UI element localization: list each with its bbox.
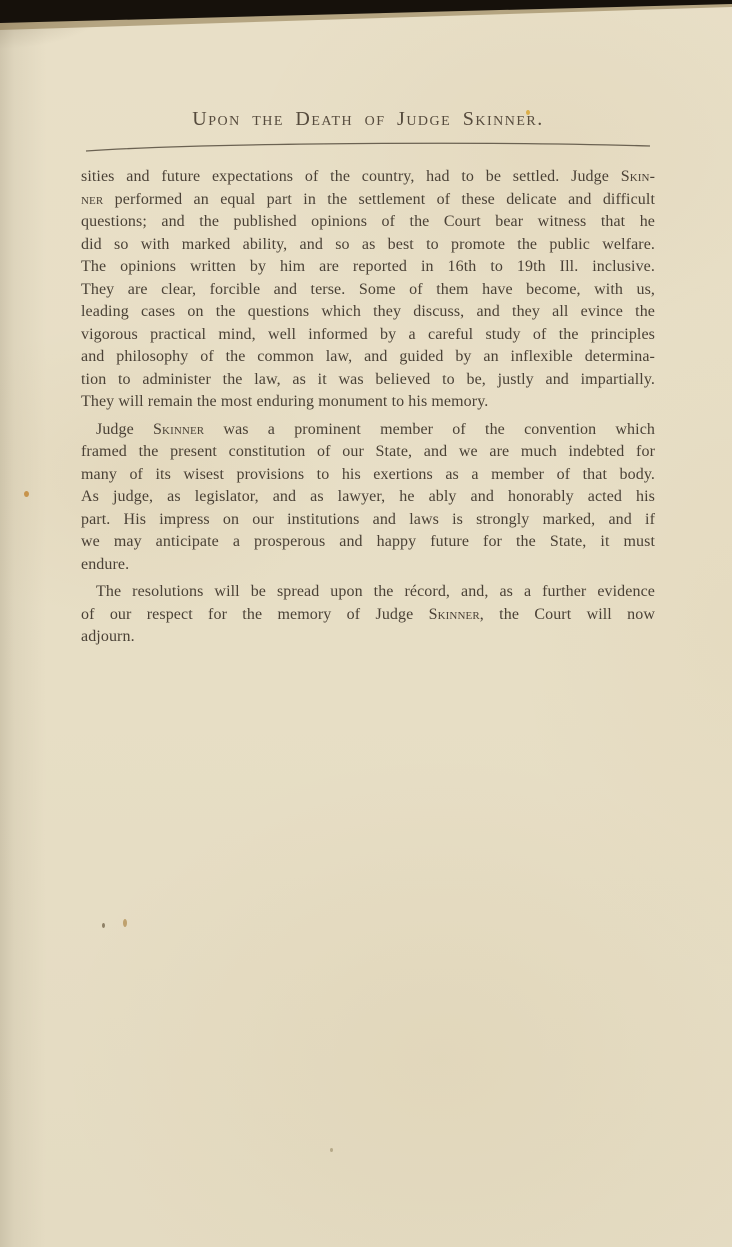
text-line: of our respect for the memory of Judge S… xyxy=(81,604,655,627)
text-line: They will remain the most enduring monum… xyxy=(81,391,655,414)
text-line: The opinions written by him are reported… xyxy=(81,256,655,279)
small-caps-name: Skin- xyxy=(621,168,655,185)
page-content: Upon the Death of Judge Skinner. sities … xyxy=(81,106,655,649)
paper-speck xyxy=(123,919,127,927)
text-line: adjourn. xyxy=(81,626,655,649)
header-rule xyxy=(84,138,652,154)
paper-speck xyxy=(24,491,29,497)
paragraph: sities and future expectations of the co… xyxy=(81,166,655,414)
text-line: tion to administer the law, as it was be… xyxy=(81,369,655,392)
text-line: vigorous practical mind, well informed b… xyxy=(81,324,655,347)
paper-speck xyxy=(102,923,105,928)
text-line: we may anticipate a prosperous and happy… xyxy=(81,531,655,554)
text-line: ner performed an equal part in the settl… xyxy=(81,189,655,212)
paper-speck xyxy=(330,1148,333,1152)
body-text: sities and future expectations of the co… xyxy=(81,166,655,649)
text-line: and philosophy of the common law, and gu… xyxy=(81,346,655,369)
small-caps-name: Skinner xyxy=(153,421,204,438)
text-line: did so with marked ability, and so as be… xyxy=(81,234,655,257)
page-title: Upon the Death of Judge Skinner. xyxy=(81,106,655,132)
text-line: Judge Skinner was a prominent member of … xyxy=(81,419,655,442)
text-line: The resolutions will be spread upon the … xyxy=(81,581,655,604)
paragraph: The resolutions will be spread upon the … xyxy=(81,581,655,649)
text-line: part. His impress on our institutions an… xyxy=(81,509,655,532)
text-line: leading cases on the questions which the… xyxy=(81,301,655,324)
scanned-book-page: Upon the Death of Judge Skinner. sities … xyxy=(0,0,732,1247)
small-caps-name: Skinner xyxy=(429,606,480,623)
text-line: sities and future expectations of the co… xyxy=(81,166,655,189)
text-line: many of its wisest provisions to his exe… xyxy=(81,464,655,487)
text-line: framed the present constitution of our S… xyxy=(81,441,655,464)
small-caps-name: ner xyxy=(81,191,103,208)
text-line: questions; and the published opinions of… xyxy=(81,211,655,234)
paragraph: Judge Skinner was a prominent member of … xyxy=(81,419,655,577)
text-line: As judge, as legislator, and as lawyer, … xyxy=(81,486,655,509)
text-line: They are clear, forcible and terse. Some… xyxy=(81,279,655,302)
text-line: endure. xyxy=(81,554,655,577)
